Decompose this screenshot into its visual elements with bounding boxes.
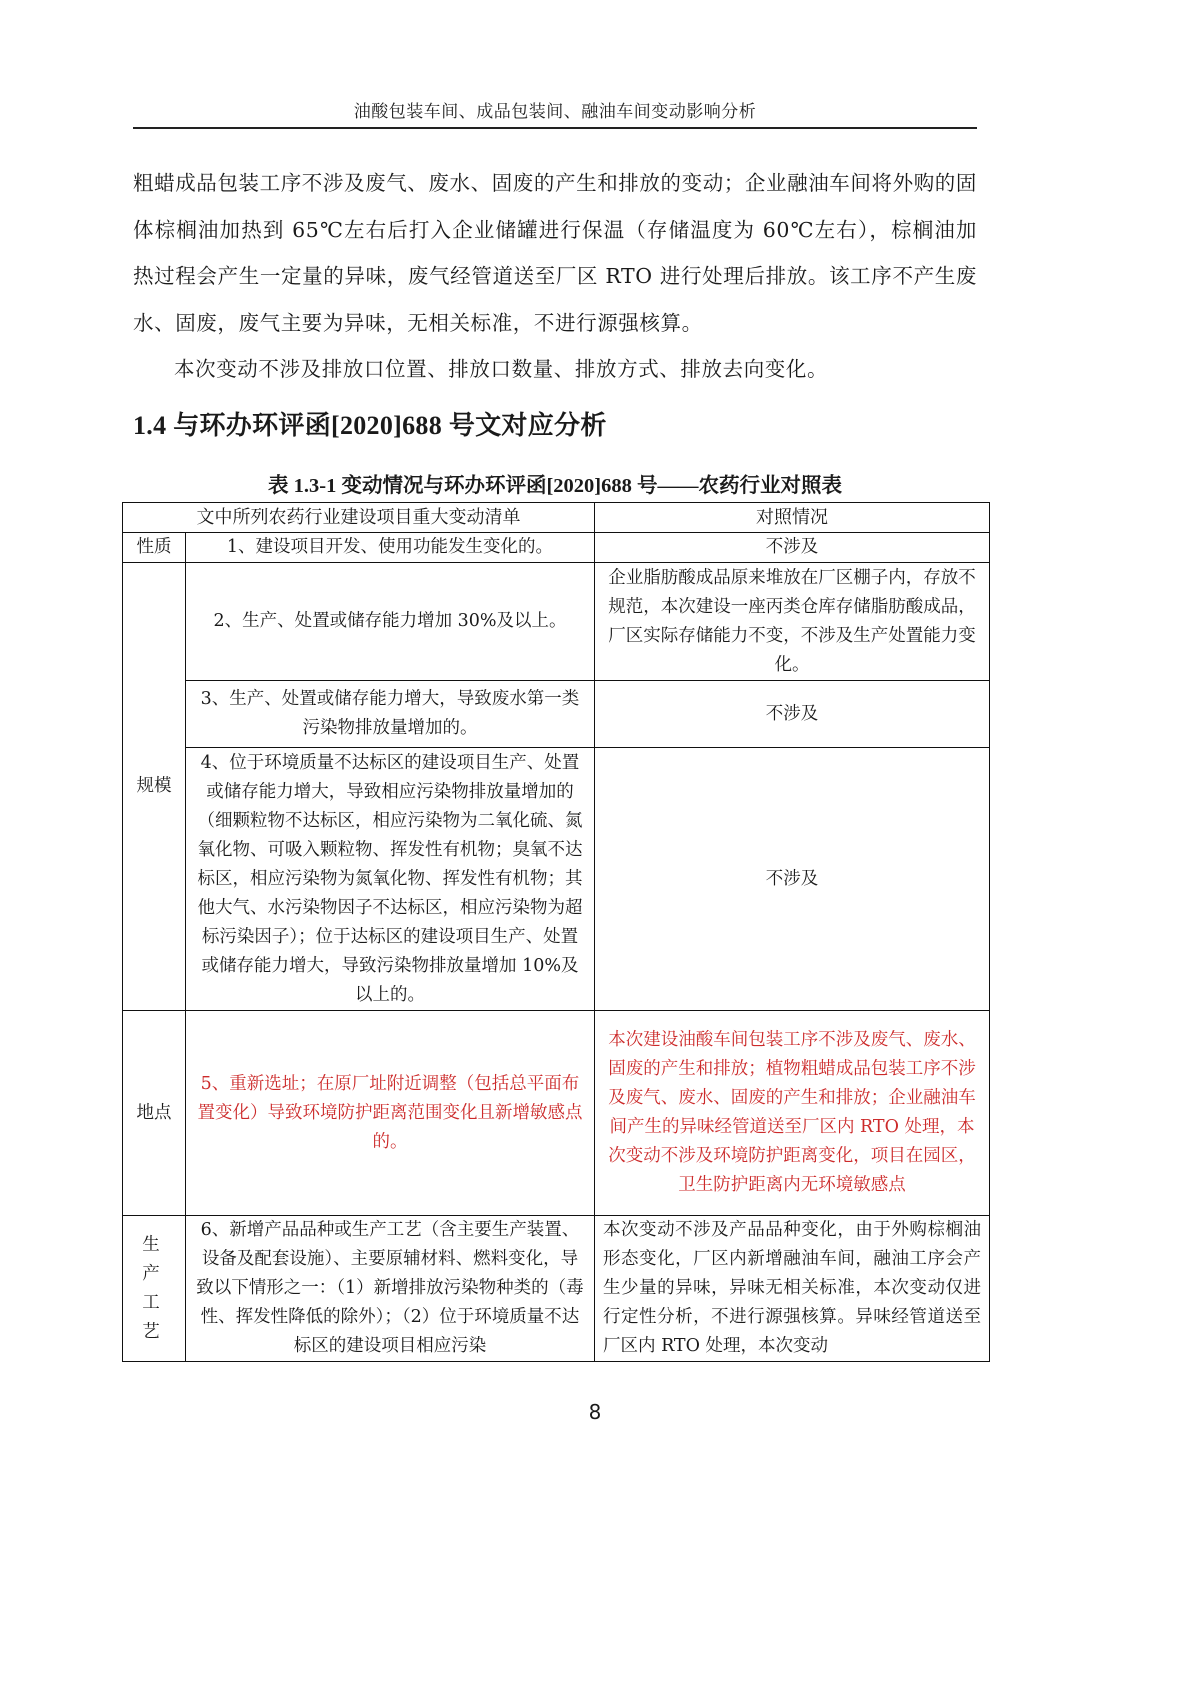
table-row: 4、位于环境质量不达标区的建设项目生产、处置或储存能力增大，导致相应污染物排放量…: [123, 748, 990, 1011]
result-cell: 不涉及: [595, 681, 990, 748]
table-caption: 表 1.3-1 变动情况与环办环评函[2020]688 号——农药行业对照表: [122, 468, 988, 498]
item-cell: 3、生产、处置或储存能力增大，导致废水第一类污染物排放量增加的。: [186, 681, 595, 748]
result-cell-highlighted: 本次建设油酸车间包装工序不涉及废气、废水、固废的产生和排放；植物粗蜡成品包装工序…: [595, 1011, 990, 1216]
table-row: 规模 2、生产、处置或储存能力增加 30%及以上。 企业脂肪酸成品原来堆放在厂区…: [123, 563, 990, 681]
page-number: 8: [0, 1400, 1190, 1424]
result-cell: 本次变动不涉及产品品种变化，由于外购棕榈油形态变化，厂区内新增融油车间，融油工序…: [595, 1216, 990, 1362]
body-paragraph: 粗蜡成品包装工序不涉及废气、废水、固废的产生和排放的变动；企业融油车间将外购的固…: [133, 160, 977, 346]
item-cell: 1、建设项目开发、使用功能发生变化的。: [186, 533, 595, 563]
table-row: 生产工艺 6、新增产品品种或生产工艺（含主要生产装置、设备及配套设施）、主要原辅…: [123, 1216, 990, 1362]
body-paragraph: 本次变动不涉及排放口位置、排放口数量、排放方式、排放去向变化。: [133, 346, 977, 393]
table-row: 性质 1、建设项目开发、使用功能发生变化的。 不涉及: [123, 533, 990, 563]
result-cell: 不涉及: [595, 748, 990, 1011]
table-row: 3、生产、处置或储存能力增大，导致废水第一类污染物排放量增加的。 不涉及: [123, 681, 990, 748]
page-header-title: 油酸包装车间、成品包装间、融油车间变动影响分析: [133, 97, 977, 122]
result-cell: 企业脂肪酸成品原来堆放在厂区棚子内，存放不规范，本次建设一座丙类仓库存储脂肪酸成…: [595, 563, 990, 681]
comparison-table: 文中所列农药行业建设项目重大变动清单 对照情况 性质 1、建设项目开发、使用功能…: [122, 502, 990, 1362]
item-cell: 6、新增产品品种或生产工艺（含主要生产装置、设备及配套设施）、主要原辅材料、燃料…: [186, 1216, 595, 1362]
category-cell: 生产工艺: [123, 1216, 186, 1362]
category-cell: 规模: [123, 563, 186, 1011]
table-header-cell: 文中所列农药行业建设项目重大变动清单: [123, 503, 595, 533]
category-cell: 地点: [123, 1011, 186, 1216]
table-header-cell: 对照情况: [595, 503, 990, 533]
body-text: 粗蜡成品包装工序不涉及废气、废水、固废的产生和排放的变动；企业融油车间将外购的固…: [133, 160, 977, 393]
item-cell: 2、生产、处置或储存能力增加 30%及以上。: [186, 563, 595, 681]
table-row: 地点 5、重新选址；在原厂址附近调整（包括总平面布置变化）导致环境防护距离范围变…: [123, 1011, 990, 1216]
item-cell: 4、位于环境质量不达标区的建设项目生产、处置或储存能力增大，导致相应污染物排放量…: [186, 748, 595, 1011]
header-divider: [133, 127, 977, 129]
category-cell: 性质: [123, 533, 186, 563]
result-cell: 不涉及: [595, 533, 990, 563]
section-heading: 1.4 与环办环评函[2020]688 号文对应分析: [133, 405, 607, 442]
item-cell-highlighted: 5、重新选址；在原厂址附近调整（包括总平面布置变化）导致环境防护距离范围变化且新…: [186, 1011, 595, 1216]
table-header-row: 文中所列农药行业建设项目重大变动清单 对照情况: [123, 503, 990, 533]
